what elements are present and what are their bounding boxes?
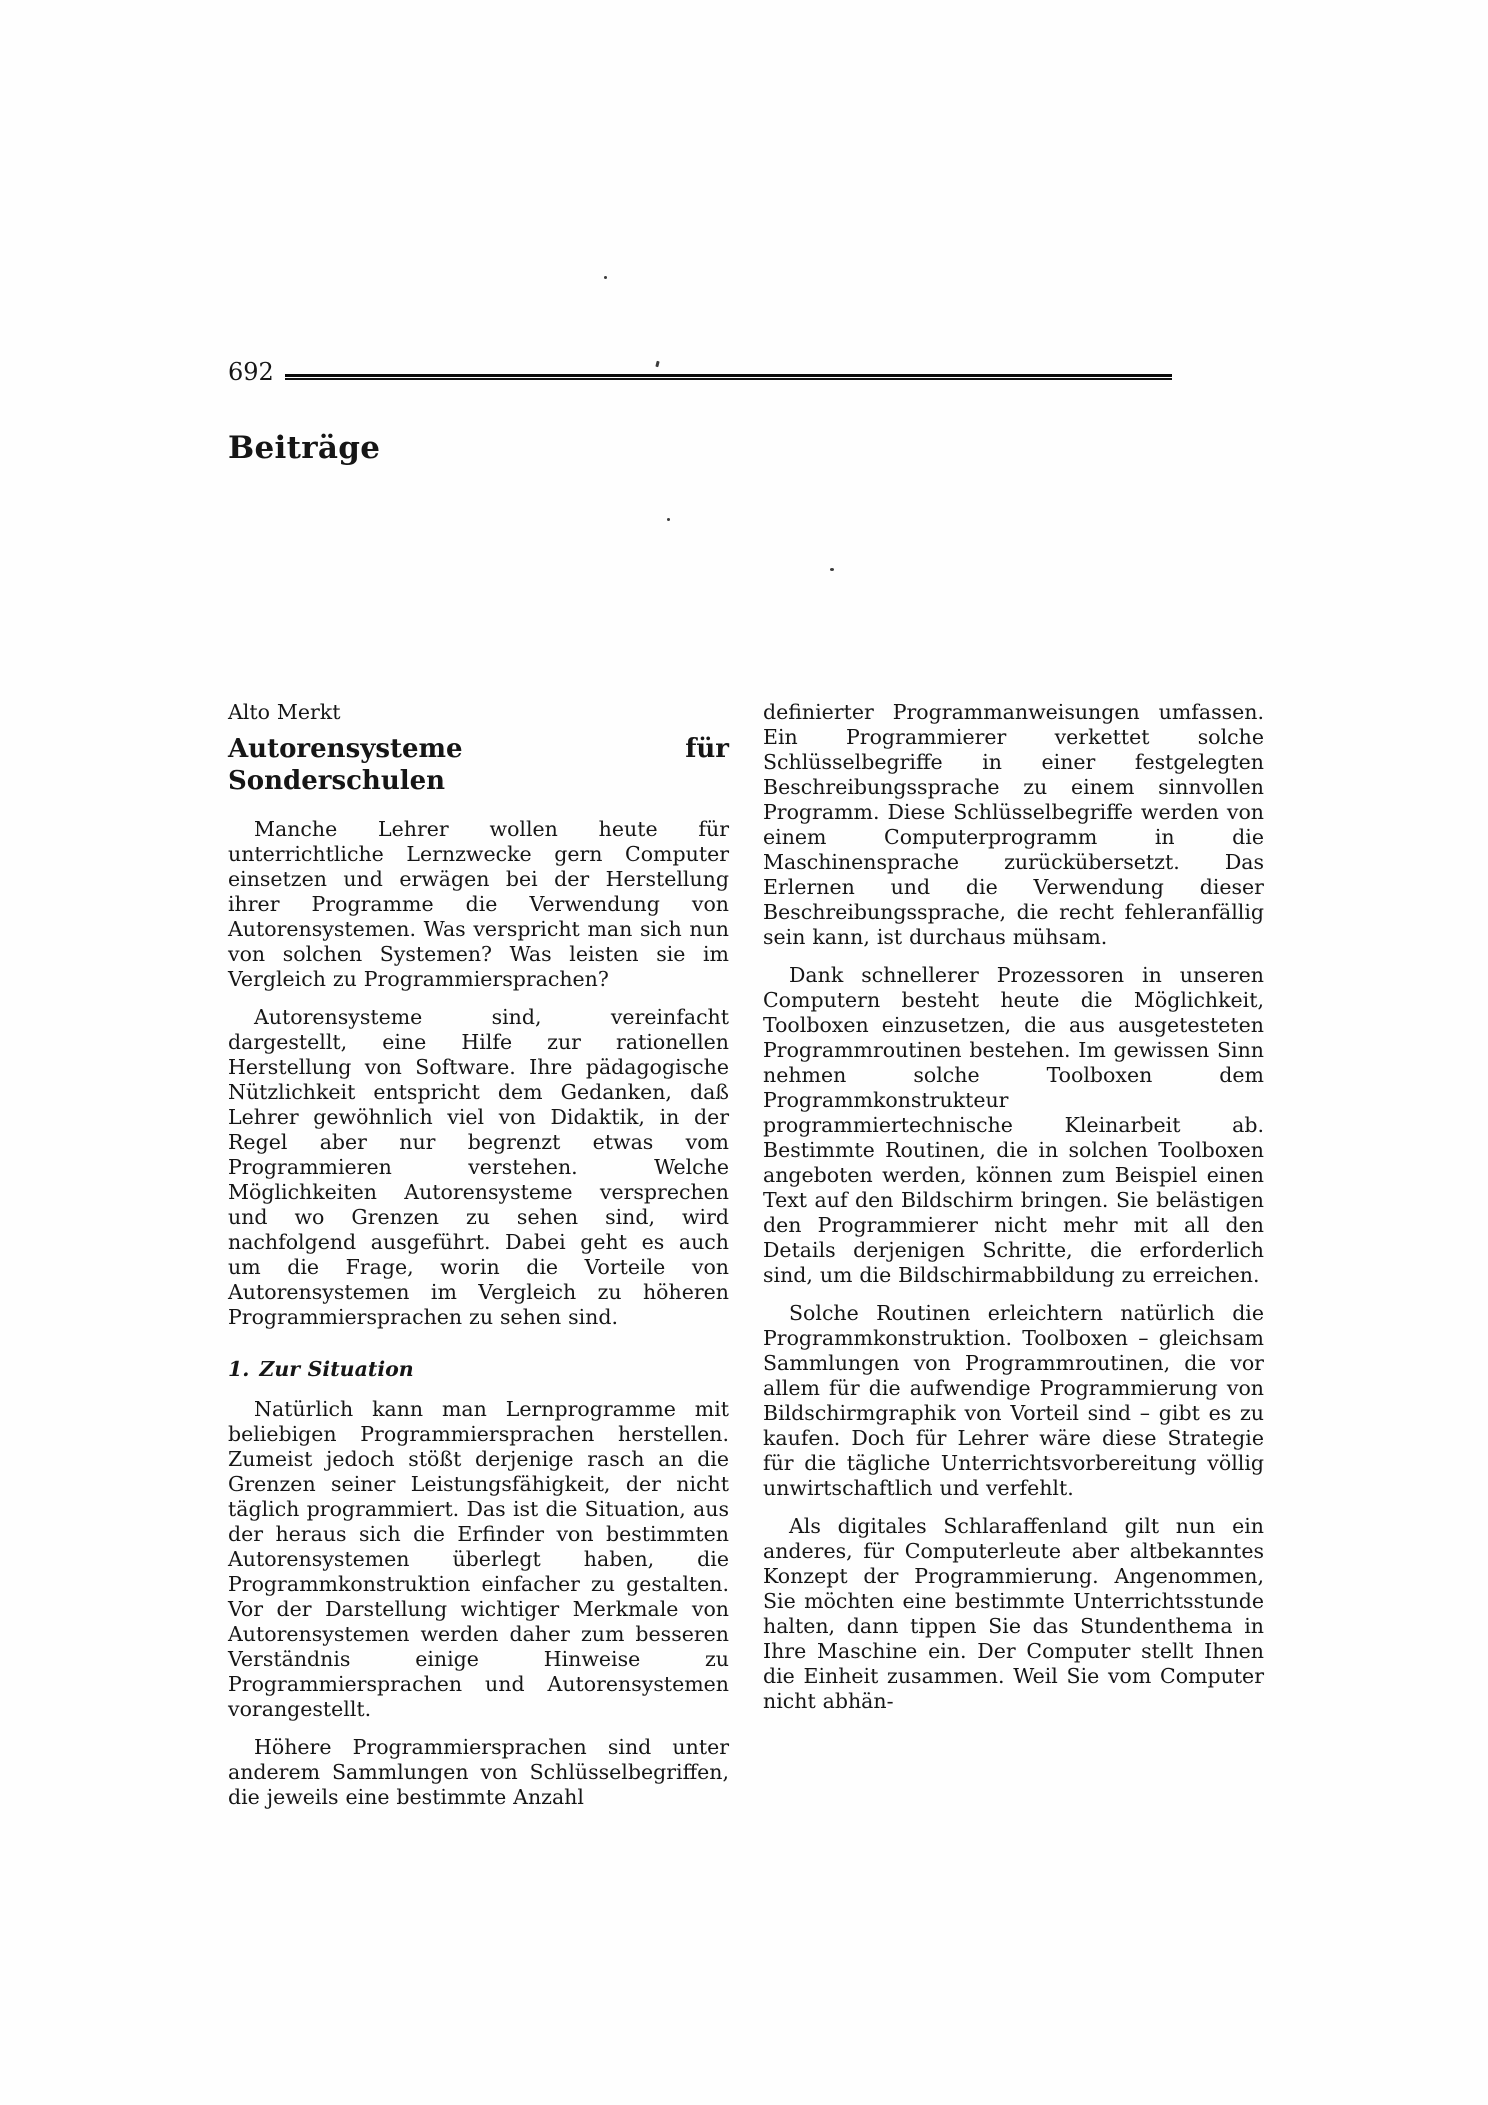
scanned-journal-page: 692 Beiträge Alto Merkt Autorensysteme f… <box>0 0 1488 2105</box>
left-column: Alto Merkt Autorensysteme für Sonderschu… <box>228 700 729 1810</box>
paragraph: Höhere Programmiersprachen sind unter an… <box>228 1735 729 1810</box>
section-heading: Beiträge <box>228 430 380 466</box>
paragraph: Natürlich kann man Lernprogramme mit bel… <box>228 1397 729 1722</box>
header-rule <box>285 374 1172 380</box>
article-author: Alto Merkt <box>228 700 729 725</box>
paragraph: Als digitales Schlaraffenland gilt nun e… <box>763 1514 1264 1714</box>
paragraph: Manche Lehrer wollen heute für unterrich… <box>228 817 729 992</box>
header-rule-thick-line <box>285 374 1172 377</box>
page-number: 692 <box>228 358 274 386</box>
scan-speck <box>830 568 834 571</box>
paragraph: definierter Programmanweisungen umfassen… <box>763 700 1264 950</box>
article-title: Autorensysteme für Sonderschulen <box>228 733 729 797</box>
header-rule-thin-line <box>285 378 1172 380</box>
article-body: Alto Merkt Autorensysteme für Sonderschu… <box>228 700 1264 1810</box>
scan-speck <box>655 361 659 368</box>
subsection-title: Zur Situation <box>259 1357 413 1381</box>
scan-speck <box>604 276 607 279</box>
paragraph: Solche Routinen erleichtern natürlich di… <box>763 1301 1264 1501</box>
right-column: definierter Programmanweisungen umfassen… <box>763 700 1264 1810</box>
subsection-heading: 1.Zur Situation <box>228 1357 729 1382</box>
subsection-number: 1. <box>228 1357 249 1381</box>
paragraph: Autorensysteme sind, vereinfacht dargest… <box>228 1005 729 1330</box>
scan-speck <box>667 518 670 521</box>
paragraph: Dank schnellerer Prozessoren in unseren … <box>763 963 1264 1288</box>
